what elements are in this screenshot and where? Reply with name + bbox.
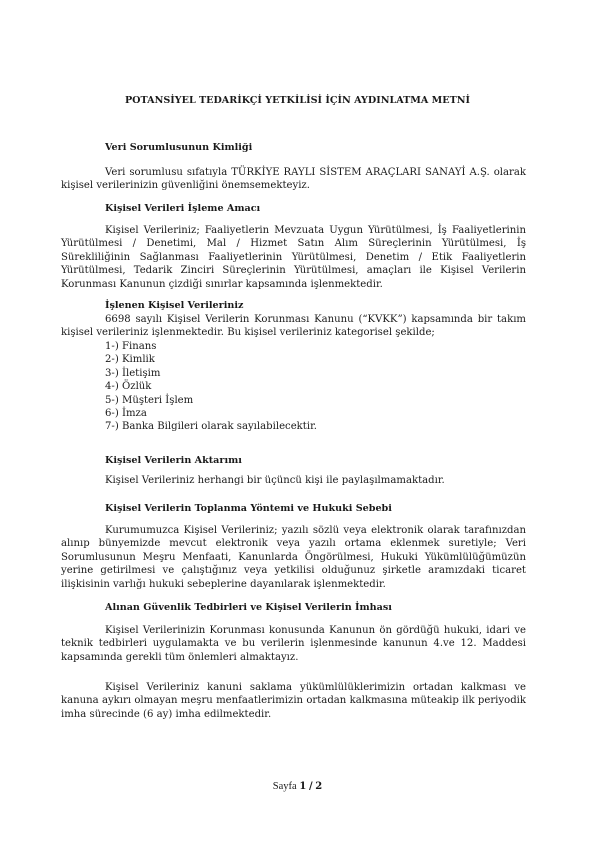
- total-pages-number: 2: [315, 781, 322, 792]
- section-paragraph-data-controller: Veri sorumlusu sıfatıyla TÜRKİYE RAYLI S…: [61, 166, 526, 193]
- section-heading-security-measures: Alınan Güvenlik Tedbirleri ve Kişisel Ve…: [105, 601, 539, 614]
- list-item: 5-) Müşteri İşlem: [105, 394, 317, 407]
- section-paragraph-data-destruction: Kişisel Verileriniz kanuni saklama yüküm…: [61, 681, 526, 721]
- section-paragraph-processing-purpose: Kişisel Verileriniz; Faaliyetlerin Mevzu…: [61, 224, 526, 291]
- document-page: POTANSİYEL TEDARİKÇİ YETKİLİSİ İÇİN AYDI…: [0, 0, 595, 841]
- data-category-list: 1-) Finans 2-) Kimlik 3-) İletişim 4-) Ö…: [105, 340, 317, 434]
- section-heading: Kişisel Verileri İşleme Amacı: [105, 202, 539, 215]
- section-paragraph-collection-method: Kurumumuzca Kişisel Verileriniz; yazılı …: [61, 524, 526, 591]
- list-item: 3-) İletişim: [105, 367, 317, 380]
- section-heading-data-transfer: Kişisel Verilerin Aktarımı: [105, 454, 539, 467]
- page-separator: /: [309, 781, 313, 792]
- section-heading: Kişisel Verilerin Aktarımı: [105, 454, 539, 467]
- document-title: POTANSİYEL TEDARİKÇİ YETKİLİSİ İÇİN AYDI…: [0, 94, 595, 107]
- section-heading-processed-data: İşlenen Kişisel Verileriniz: [105, 299, 539, 312]
- list-item: 1-) Finans: [105, 340, 317, 353]
- list-item: 4-) Özlük: [105, 380, 317, 393]
- list-item: 2-) Kimlik: [105, 353, 317, 366]
- section-heading: İşlenen Kişisel Verileriniz: [105, 299, 539, 312]
- section-paragraph-processed-data: 6698 sayılı Kişisel Verilerin Korunması …: [61, 313, 526, 340]
- list-item: 6-) İmza: [105, 407, 317, 420]
- section-heading: Kişisel Verilerin Toplanma Yöntemi ve Hu…: [105, 502, 539, 515]
- list-item: 7-) Banka Bilgileri olarak sayılabilecek…: [105, 420, 317, 433]
- page-label: Sayfa: [273, 781, 297, 792]
- section-heading-collection-method: Kişisel Verilerin Toplanma Yöntemi ve Hu…: [105, 502, 539, 515]
- section-heading-data-controller: Veri Sorumlusunun Kimliği: [105, 141, 539, 154]
- page-number-footer: Sayfa 1 / 2: [0, 780, 595, 793]
- section-heading: Alınan Güvenlik Tedbirleri ve Kişisel Ve…: [105, 601, 539, 614]
- section-paragraph-data-transfer: Kişisel Verileriniz herhangi bir üçüncü …: [105, 474, 525, 487]
- section-paragraph-security-measures: Kişisel Verilerinizin Korunması konusund…: [61, 624, 526, 664]
- section-heading: Veri Sorumlusunun Kimliği: [105, 141, 539, 154]
- current-page-number: 1: [299, 781, 306, 792]
- section-heading-processing-purpose: Kişisel Verileri İşleme Amacı: [105, 202, 539, 215]
